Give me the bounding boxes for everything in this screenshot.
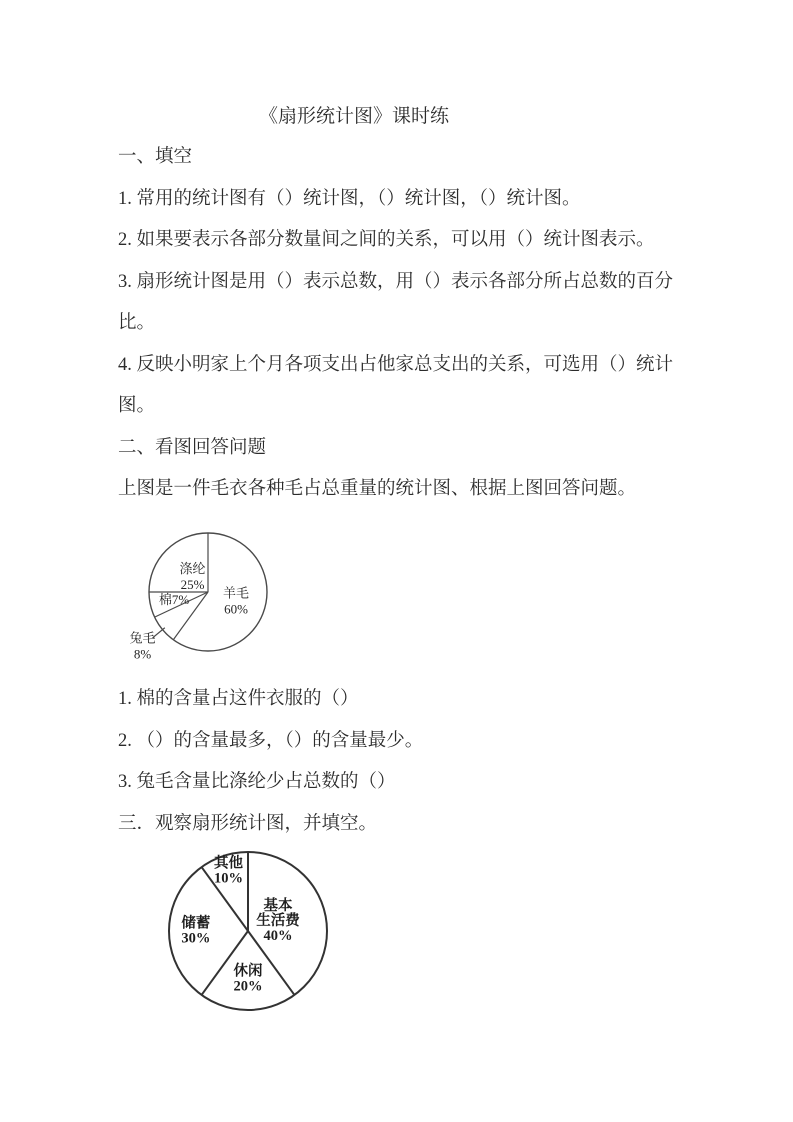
sweater-wool-composition-pie-chart: 羊毛60%兔毛8%棉7%涤纶25% <box>126 527 306 672</box>
text-block-b: 1. 棉的含量占这件衣服的（）2. （）的含量最多，（）的含量最少。3. 兔毛含… <box>118 679 738 845</box>
text-line: 图。 <box>118 386 738 428</box>
pie-slice-label: 储蓄 <box>181 914 210 932</box>
text-line: 2. （）的含量最多，（）的含量最少。 <box>118 721 738 763</box>
pie-slice-label: 生活费 <box>256 911 300 929</box>
text-line: 4. 反映小明家上个月各项支出占他家总支出的关系，可选用（）统计 <box>118 345 738 387</box>
pie-slice-label: 兔毛 <box>130 631 156 646</box>
text-line: 二、看图回答问题 <box>118 428 738 470</box>
pie-slice-label: 25% <box>181 577 205 592</box>
pie-slice-label: 8% <box>134 647 152 662</box>
text-block-a: 一、填空1. 常用的统计图有（）统计图，（）统计图，（）统计图。2. 如果要表示… <box>118 137 738 511</box>
pie-slice-label: 其他 <box>214 853 243 871</box>
pie-slice-label: 涤纶 <box>180 561 206 576</box>
pie-slice-label: 羊毛 <box>223 586 249 601</box>
text-line: 1. 常用的统计图有（）统计图，（）统计图，（）统计图。 <box>118 179 738 221</box>
text-line: 3. 扇形统计图是用（）表示总数，用（）表示各部分所占总数的百分 <box>118 262 738 304</box>
pie-slice-label: 棉7% <box>159 592 190 607</box>
worksheet-page: 《扇形统计图》课时练 一、填空1. 常用的统计图有（）统计图，（）统计图，（）统… <box>0 0 793 1122</box>
pie-slice-label: 10% <box>214 870 243 886</box>
pie-slice-label: 基本 <box>264 896 293 914</box>
pie-slice-label: 60% <box>224 602 248 617</box>
text-line: 一、填空 <box>118 137 738 179</box>
text-line: 上图是一件毛衣各种毛占总重量的统计图、根据上图回答问题。 <box>118 469 738 511</box>
pie-slice-label: 40% <box>264 928 293 944</box>
text-line: 比。 <box>118 303 738 345</box>
pie-slice-label: 30% <box>181 931 210 947</box>
pie-slice-label: 休闲 <box>234 962 263 980</box>
text-line: 三．观察扇形统计图，并填空。 <box>118 804 738 846</box>
household-expense-pie-chart: 基本生活费40%休闲20%储蓄30%其他10% <box>158 845 343 1017</box>
text-line: 2. 如果要表示各部分数量间之间的关系，可以用（）统计图表示。 <box>118 220 738 262</box>
text-line: 3. 兔毛含量比涤纶少占总数的（） <box>118 762 738 804</box>
pie-slice-label: 20% <box>234 979 263 995</box>
text-line: 1. 棉的含量占这件衣服的（） <box>118 679 738 721</box>
page-title: 《扇形统计图》课时练 <box>118 96 678 138</box>
